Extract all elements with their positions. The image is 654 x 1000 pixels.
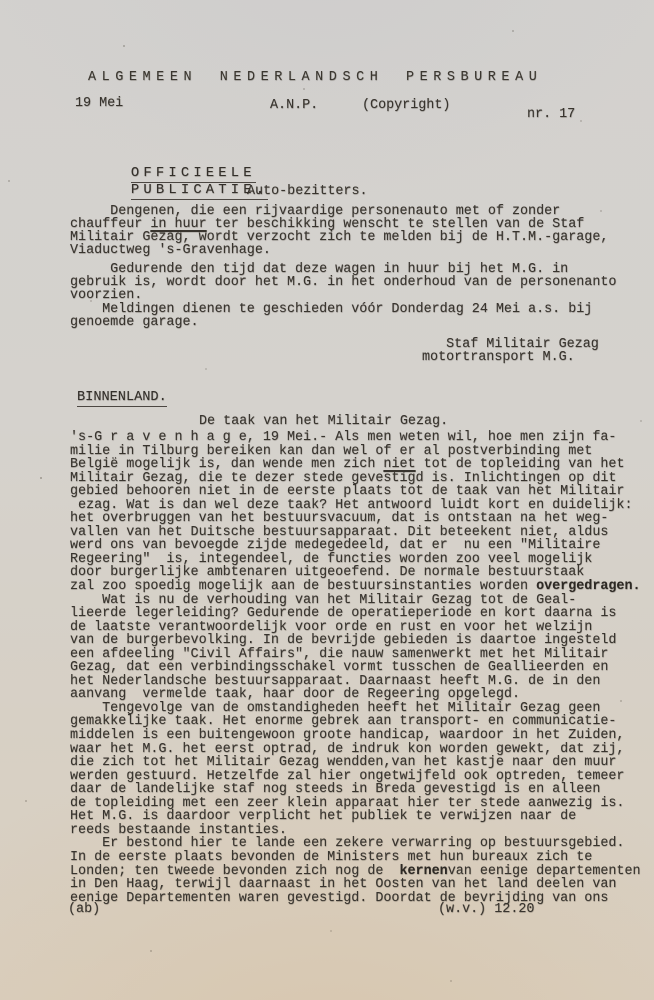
copyright-label: (Copyright) xyxy=(362,98,450,113)
official-paragraph-3: Meldingen dienen te geschieden vóór Dond… xyxy=(70,304,592,330)
section-heading-binnenland: BINNENLAND. xyxy=(77,390,167,407)
official-paragraph-1: Dengenen, die een rijvaardige personenau… xyxy=(70,206,608,258)
typist-initials: (ab) xyxy=(68,902,100,917)
official-paragraph-2: Gedurende den tijd dat deze wagen in huu… xyxy=(70,264,616,303)
agency-title: ALGEMEEN NEDERLANDSCH PERSBUREAU xyxy=(88,70,542,85)
credit-time: (w.v.) 12.20 xyxy=(438,902,534,917)
agency-abbr: A.N.P. xyxy=(270,98,318,113)
article-body: 's-G r a v e n h a g e, 19 Mei.- Als men… xyxy=(70,431,641,905)
article-title: De taak van het Militair Gezag. xyxy=(199,414,448,429)
issue-number: nr. 17 xyxy=(527,107,575,122)
signature-block: Staf Militair Gezagmotortransport M.G. xyxy=(422,338,599,364)
document-page: ALGEMEEN NEDERLANDSCH PERSBUREAU 19 Mei … xyxy=(0,0,654,1000)
date-label: 19 Mei xyxy=(75,96,123,111)
heading-word-officieele: OFFICIEELE xyxy=(131,166,256,183)
subject-heading: Auto-bezitters. xyxy=(247,184,368,199)
